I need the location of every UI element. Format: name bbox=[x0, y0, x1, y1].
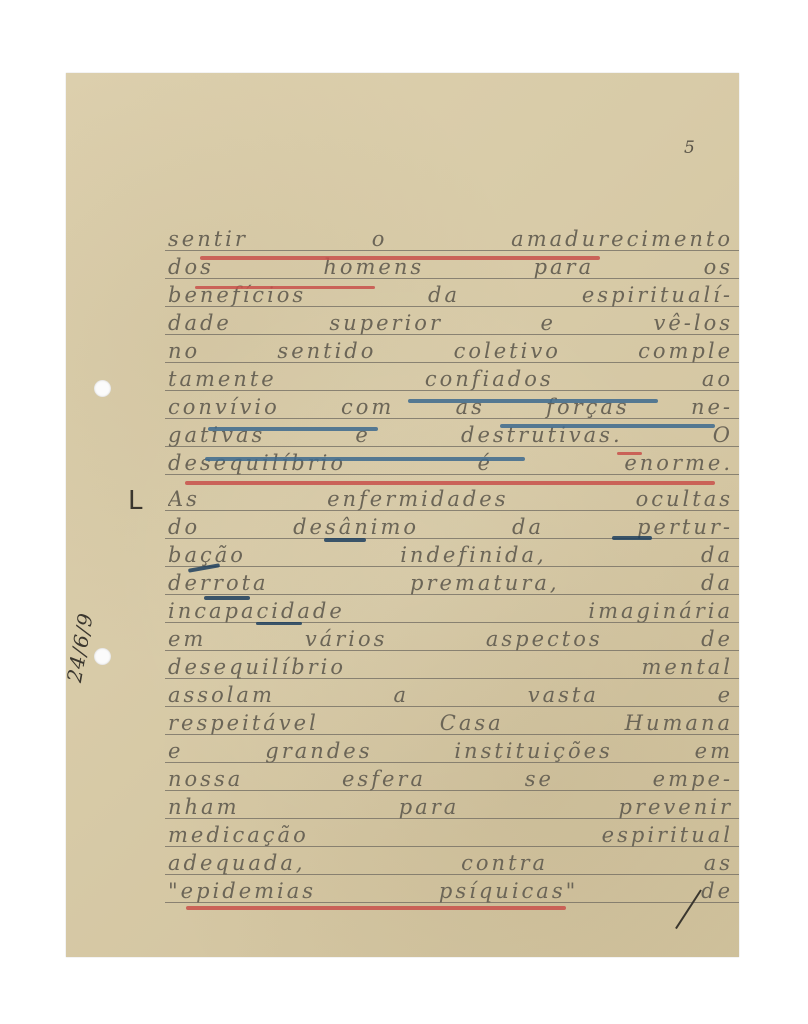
red-underline bbox=[195, 286, 375, 289]
text-line: desequilíbrio é enorme. bbox=[168, 450, 733, 476]
text-line: tamente confiados ao bbox=[168, 366, 733, 392]
text-line: "epidemias psíquicas" de bbox=[168, 878, 733, 904]
text-line: medicação espiritual bbox=[168, 822, 733, 848]
text-line: incapacidade imaginária bbox=[168, 598, 733, 624]
text-line: respeitável Casa Humana bbox=[168, 710, 733, 736]
margin-annotation: L bbox=[128, 486, 143, 516]
blue-dash-mark bbox=[612, 536, 652, 540]
text-line: nossa esfera se empe- bbox=[168, 766, 733, 792]
blue-dash-mark bbox=[256, 622, 302, 625]
blue-underline bbox=[500, 424, 715, 428]
blue-dash-mark bbox=[204, 596, 250, 600]
punch-hole-top bbox=[94, 380, 111, 397]
blue-dash-mark bbox=[324, 538, 366, 542]
blue-underline bbox=[208, 427, 378, 431]
text-line: dade superior e vê-los bbox=[168, 310, 733, 336]
text-line: e grandes instituições em bbox=[168, 738, 733, 764]
text-line: desequilíbrio mental bbox=[168, 654, 733, 680]
text-line: bação indefinida, da bbox=[168, 542, 733, 568]
text-line: adequada, contra as bbox=[168, 850, 733, 876]
red-underline bbox=[200, 256, 600, 260]
text-line: convívio com as forças ne- bbox=[168, 394, 733, 420]
text-line: As enfermidades ocultas bbox=[168, 486, 733, 512]
red-mark bbox=[617, 452, 642, 455]
text-line: sentir o amadurecimento bbox=[168, 226, 733, 252]
blue-underline bbox=[408, 399, 658, 403]
blue-underline bbox=[205, 457, 525, 461]
red-underline bbox=[185, 481, 715, 485]
text-line: no sentido coletivo comple bbox=[168, 338, 733, 364]
red-underline bbox=[186, 906, 566, 910]
text-line: nham para prevenir bbox=[168, 794, 733, 820]
text-line: em vários aspectos de bbox=[168, 626, 733, 652]
text-line: derrota prematura, da bbox=[168, 570, 733, 596]
text-line: assolam a vasta e bbox=[168, 682, 733, 708]
punch-hole-bottom bbox=[94, 648, 111, 665]
page-number: 5 bbox=[684, 138, 695, 158]
